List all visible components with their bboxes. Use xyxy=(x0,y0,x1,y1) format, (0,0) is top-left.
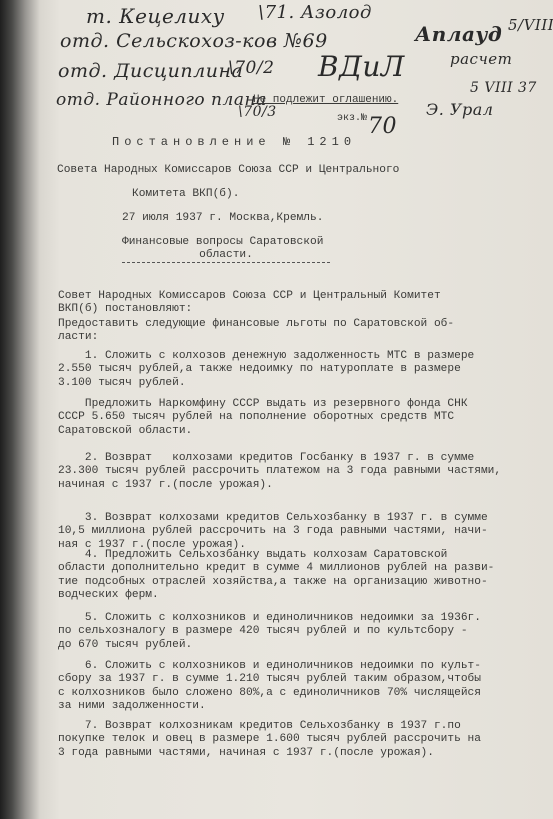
item-line: покупке телок и овец в размере 1.600 тыс… xyxy=(58,733,528,746)
item-line: 5. Сложить с колхозников и единоличников… xyxy=(58,612,528,625)
item-line: 6. Сложить с колхозников и единоличников… xyxy=(58,660,528,673)
item-line: области дополнительно кредит в сумме 4 м… xyxy=(58,562,528,575)
resolution-item: 6. Сложить с колхозников и единоличников… xyxy=(58,660,528,714)
item-line: с колхозников было сложено 80%,а с едино… xyxy=(58,687,528,700)
classification-label: Не подлежит оглашению. xyxy=(253,94,398,107)
document-page: т. Кецелиху \71. Азолод отд. Сельскохоз-… xyxy=(0,0,553,819)
intro-line: Предоставить следующие финансовые льготы… xyxy=(58,318,454,330)
item-line: за ними задолженности. xyxy=(58,700,528,713)
item-line: сбору за 1937 г. в сумме 1.210 тысяч руб… xyxy=(58,673,528,686)
handwritten-addressee: т. Кецелиху xyxy=(86,4,225,28)
item-line: 3.100 тысяч рублей. xyxy=(58,377,528,390)
handwritten-initials: Э. Урал xyxy=(426,100,493,119)
issuer-line-2: Комитета ВКП(б). xyxy=(132,188,239,201)
item-line: начиная с 1937 г.(после урожая). xyxy=(58,479,528,492)
item-line: СССР 5.650 тысяч рублей на пополнение об… xyxy=(58,411,528,424)
handwritten-date: 5/VIII xyxy=(508,16,553,34)
resolution-item: 1. Сложить с колхозов денежную задолженн… xyxy=(58,350,528,390)
preamble-line: Совет Народных Комиссаров Союза ССР и Це… xyxy=(58,290,441,302)
handwritten-note: \71. Азолод xyxy=(258,2,372,23)
item-line: тие подсобных отраслей хозяйства,а также… xyxy=(58,576,528,589)
handwritten-note: \70/2 xyxy=(228,58,274,78)
intro: Предоставить следующие финансовые льготы… xyxy=(58,318,528,345)
item-line: Предложить Наркомфину СССР выдать из рез… xyxy=(58,398,528,411)
item-line: 4. Предложить Сельхозбанку выдать колхоз… xyxy=(58,549,528,562)
resolution-item: Предложить Наркомфину СССР выдать из рез… xyxy=(58,398,528,438)
handwritten-department: отд. Дисциплина xyxy=(58,60,243,82)
subject-line-1: Финансовые вопросы Саратовской xyxy=(122,236,323,249)
item-line: 1. Сложить с колхозов денежную задолженн… xyxy=(58,350,528,363)
resolution-item: 4. Предложить Сельхозбанку выдать колхоз… xyxy=(58,549,528,603)
handwritten-date: 5 VIII 37 xyxy=(470,80,537,96)
copy-number: 70 xyxy=(368,114,397,139)
item-line: Саратовской области. xyxy=(58,425,528,438)
issuer-line-1: Совета Народных Комиссаров Союза ССР и Ц… xyxy=(57,164,399,177)
item-line: 2.550 тысяч рублей,а также недоимку по н… xyxy=(58,363,528,376)
handwritten-department: отд. Районного плана xyxy=(56,90,267,110)
item-line: 10,5 миллиона рублей рассрочить на 3 год… xyxy=(58,525,528,538)
document-title: Постановление № 1210 xyxy=(112,136,356,149)
preamble-line: ВКП(б) постановляют: xyxy=(58,303,192,315)
resolution-item: 2. Возврат колхозами кредитов Госбанку в… xyxy=(58,452,528,492)
item-line: 7. Возврат колхозникам кредитов Сельхозб… xyxy=(58,720,528,733)
item-line: 3. Возврат колхозами кредитов Сельхозбан… xyxy=(58,512,528,525)
item-line: до 670 тысяч рублей. xyxy=(58,639,528,652)
item-line: 3 года равными частями, начиная с 1937 г… xyxy=(58,747,528,760)
handwritten-signature: Аплауд xyxy=(415,22,502,46)
preamble: Совет Народных Комиссаров Союза ССР и Це… xyxy=(58,290,528,317)
subject-line-2: области. xyxy=(122,249,330,263)
item-line: по сельхозналогу в размере 420 тысяч руб… xyxy=(58,625,528,638)
item-line: водческих ферм. xyxy=(58,589,528,602)
date-place: 27 июля 1937 г. Москва,Кремль. xyxy=(122,212,323,225)
resolution-item: 3. Возврат колхозами кредитов Сельхозбан… xyxy=(58,512,528,552)
resolution-item: 5. Сложить с колхозников и единоличников… xyxy=(58,612,528,652)
item-line: 2. Возврат колхозами кредитов Госбанку в… xyxy=(58,452,528,465)
copy-label: экз.№ xyxy=(337,112,367,125)
handwritten-department: отд. Сельскохоз-ков №69 xyxy=(60,30,328,52)
intro-line: ласти: xyxy=(58,331,98,343)
resolution-item: 7. Возврат колхозникам кредитов Сельхозб… xyxy=(58,720,528,760)
handwritten-note: расчет xyxy=(450,50,512,68)
handwritten-signature: ВДиЛ xyxy=(318,50,405,83)
item-line: 23.300 тысяч рублей рассрочить платежом … xyxy=(58,465,528,478)
